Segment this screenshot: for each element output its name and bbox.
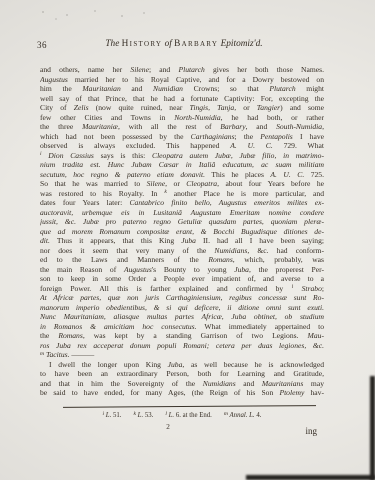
footnote-marker: k xyxy=(134,411,136,417)
text-line: Nunc Mauritaniam, aliasque multas partes… xyxy=(40,312,324,322)
scan-noise-specks xyxy=(42,11,44,13)
footnote-marker: i xyxy=(40,151,42,157)
text-segment: Numidians xyxy=(203,379,236,388)
text-segment: 4. xyxy=(255,412,262,419)
text-line: dates four Years later: Cantabrico finit… xyxy=(40,198,324,208)
text-segment: nor does it seem that very many of the xyxy=(40,246,214,255)
text-segment: 729. What xyxy=(273,141,324,150)
catchword: ing xyxy=(305,426,317,436)
footnote-marker: m xyxy=(224,411,228,417)
footnote-marker: i xyxy=(103,411,105,417)
text-segment: que ad morem Romanum compositæ erant, & … xyxy=(40,227,324,236)
text-line: nium tradita est. Hunc Jubam Cæsar in It… xyxy=(40,160,324,170)
text-segment: Thus it appears, that this King xyxy=(50,236,181,245)
footnote-marker: k xyxy=(164,189,166,195)
text-segment: auctoravit, urbemque eis in Lusitaniâ Au… xyxy=(40,208,324,217)
text-segment: Silene xyxy=(147,179,166,188)
text-segment: nium tradita est. Hunc Jubam Cæsar in It… xyxy=(40,160,324,169)
text-segment: , was kept by a standing Garrison of two… xyxy=(83,331,308,340)
text-segment: 6. at the End. xyxy=(174,412,212,419)
text-segment: , about four Years before he xyxy=(217,179,324,188)
text-line: Augustus married her to his Royal Captiv… xyxy=(40,75,324,85)
text-segment: Barbary xyxy=(220,122,245,131)
text-line: nor does it seem that very many of the N… xyxy=(40,246,324,256)
text-segment: The xyxy=(105,39,121,49)
text-segment: A. U. C. xyxy=(230,141,273,150)
text-segment: ) and some xyxy=(280,103,324,112)
text-segment: Mauritaniæ xyxy=(82,122,118,131)
text-segment: ros Juba rex acceperat donum populi Roma… xyxy=(40,341,324,350)
text-line: son to keep in some Order a People ever … xyxy=(40,274,324,284)
text-segment: North-Numidia xyxy=(174,113,220,122)
text-segment: Cleopatra xyxy=(186,179,217,188)
text-segment: 51. xyxy=(111,412,121,419)
footnote-entry: k L. 53. xyxy=(134,412,154,419)
text-segment: secutum, hoc regno & paterno etiam donav… xyxy=(40,170,205,179)
text-segment: , and xyxy=(246,122,276,131)
text-segment: Strabo xyxy=(302,284,322,293)
text-segment: Pentapolis xyxy=(260,132,292,141)
text-segment: to have been an extraordinary Person, bo… xyxy=(40,369,324,378)
text-segment: ——— xyxy=(70,350,95,359)
text-line: in Romanos & amicitiam hoc consecutus. W… xyxy=(40,322,324,332)
text-line: So that he was married to Silene, or Cle… xyxy=(40,179,324,189)
text-line: City of Zelis (now quite ruined, near Ti… xyxy=(40,103,324,113)
text-segment: , or xyxy=(165,179,186,188)
text-line: i Dion Cassius says is this: Cleopatra a… xyxy=(40,151,324,161)
text-line: ros Juba rex acceperat donum populi Roma… xyxy=(40,341,324,351)
text-line: secutum, hoc regno & paterno etiam donav… xyxy=(40,170,324,180)
text-segment: be said to have ended, for many Ages, (t… xyxy=(40,388,279,397)
text-segment: Juba xyxy=(181,236,196,245)
text-segment: may xyxy=(303,379,324,388)
text-segment: dit. xyxy=(40,236,50,245)
text-segment: South-Numidia xyxy=(276,122,322,131)
text-segment: , xyxy=(322,122,324,131)
text-segment: , with all the rest of xyxy=(118,122,220,131)
text-segment: was restored to his Royalty. In xyxy=(40,189,164,198)
text-segment: Plutarch xyxy=(269,84,295,93)
text-segment: At Africæ partes, quæ non juris Carthagi… xyxy=(40,293,324,302)
footnote-marker: l xyxy=(165,411,167,417)
text-segment: Mauritanians xyxy=(262,379,303,388)
text-line: and others, name her Silene; and Plutarc… xyxy=(40,65,324,75)
text-segment: says is this: xyxy=(94,151,152,160)
text-segment: , the properest Per- xyxy=(249,265,324,274)
text-segment: which had not been possessed by the xyxy=(40,132,191,141)
text-segment: dates four Years later: xyxy=(40,198,129,207)
text-segment: Tangier xyxy=(257,103,280,112)
text-segment: Numidian xyxy=(153,84,183,93)
text-line: dit. Thus it appears, that this King Jub… xyxy=(40,236,324,246)
text-segment: might xyxy=(296,84,324,93)
text-segment: 's Bounty to young xyxy=(152,265,234,274)
text-segment: married her to his Royal Captive, and fo… xyxy=(68,75,324,84)
scanned-book-page: 36 The History of Barbary Epitomiz'd. an… xyxy=(0,0,375,480)
text-segment: Cleopatra autem Jubæ, Jubæ filio, in mat… xyxy=(152,151,324,160)
text-segment: 725. xyxy=(304,170,324,179)
text-line: I dwell the longer upon King Juba, as we… xyxy=(40,360,324,370)
running-title: The History of Barbary Epitomiz'd. xyxy=(40,39,328,49)
text-segment: Numidians xyxy=(214,246,247,255)
text-line: que ad morem Romanum compositæ erant, & … xyxy=(40,227,324,237)
text-segment: Annal. L. xyxy=(228,412,255,419)
text-segment: Romans xyxy=(208,255,232,264)
text-segment: ed to the Laws and Manners of the xyxy=(40,255,208,264)
scan-edge-right xyxy=(370,376,375,480)
text-segment: gives her both those Names. xyxy=(205,65,324,74)
text-segment: observed is always excluded. This happen… xyxy=(40,141,230,150)
text-line: At Africæ partes, quæ non juris Carthagi… xyxy=(40,293,324,303)
text-segment: Cantabrico finito bello, Augustus emerit… xyxy=(129,198,324,207)
text-segment: Nunc Mauritaniam, aliasque multas partes… xyxy=(40,312,324,321)
text-segment: I dwell the longer upon King xyxy=(49,360,168,369)
text-segment: Zelis xyxy=(74,103,89,112)
text-segment: History xyxy=(122,39,163,49)
text-line: and that in him the Sovereignty of the N… xyxy=(40,379,324,389)
text-segment: This he places xyxy=(205,170,270,179)
text-line: few other Cities and Towns in North-Numi… xyxy=(40,113,324,123)
text-line: manorum imperio obedientibus, & si qui d… xyxy=(40,303,324,313)
text-segment: I have xyxy=(293,132,324,141)
text-segment: What immediately appertained to xyxy=(197,322,324,331)
text-line: well say of that Prince, that he had a f… xyxy=(40,94,324,104)
footnote-rule xyxy=(63,405,316,408)
text-segment: ; xyxy=(322,284,324,293)
footnote-line: i L. 51.k L. 53.l L. 6. at the End.m Ann… xyxy=(40,412,324,419)
text-segment: ; the xyxy=(235,132,261,141)
text-segment: the three xyxy=(40,122,82,131)
text-segment: So that he was married to xyxy=(40,179,147,188)
text-segment: Dion Cassius xyxy=(48,151,94,160)
text-segment: Plutarch xyxy=(178,65,204,74)
text-line: which had not been possessed by the Cart… xyxy=(40,132,324,142)
text-segment: A. U. C. xyxy=(270,170,304,179)
text-segment: , &c. had conform- xyxy=(247,246,324,255)
text-segment: and xyxy=(236,379,262,388)
text-segment: , he had both, or rather xyxy=(221,113,324,122)
text-line: jussit, &c. Jubæ pro paterno regno Getul… xyxy=(40,217,324,227)
text-segment: (now quite ruined, near xyxy=(89,103,190,112)
text-line: be said to have ended, for many Ages, (t… xyxy=(40,388,324,398)
text-segment: few other Cities and Towns in xyxy=(40,113,174,122)
text-segment xyxy=(293,284,301,293)
text-segment: and that in him the Sovereignty of the xyxy=(40,379,203,388)
text-segment: the xyxy=(40,331,58,340)
text-segment: Epitomiz'd. xyxy=(218,39,262,49)
text-segment: the main Reason of xyxy=(40,265,124,274)
text-segment: foreign Power. All this is farther expla… xyxy=(40,284,292,293)
text-segment: ; and xyxy=(149,65,179,74)
text-line: the main Reason of Augustus's Bounty to … xyxy=(40,265,324,275)
text-segment: Silene xyxy=(130,65,149,74)
footnote-entry: i L. 51. xyxy=(103,412,122,419)
text-segment: , which, probably, was xyxy=(233,255,324,264)
text-segment: Augustus xyxy=(40,75,68,84)
text-segment: Crowns; so that xyxy=(183,84,269,93)
text-segment: Mauritanian xyxy=(82,84,120,93)
text-segment: Carthaginians xyxy=(191,132,235,141)
text-segment: Juba xyxy=(168,360,183,369)
text-segment: well say of that Prince, that he had a f… xyxy=(40,94,324,103)
text-segment: , as well because he is acknowledged xyxy=(182,360,324,369)
signature-mark: 2 xyxy=(26,423,310,431)
text-segment: 53. xyxy=(143,412,153,419)
text-segment: Juba xyxy=(234,265,249,274)
text-segment: hav- xyxy=(304,388,324,397)
text-segment: son to keep in some Order a People ever … xyxy=(40,274,324,283)
text-segment: Barbary xyxy=(174,39,218,49)
text-segment: Ptolemy xyxy=(279,388,304,397)
footnote-entry: l L. 6. at the End. xyxy=(165,412,212,419)
text-segment: or xyxy=(236,103,257,112)
text-line: foreign Power. All this is farther expla… xyxy=(40,284,324,294)
text-segment: him the xyxy=(40,84,82,93)
body-text-block: and others, name her Silene; and Plutarc… xyxy=(40,65,324,398)
text-segment: and others, name her xyxy=(40,65,130,74)
text-line: m Tacitus. ——— xyxy=(40,350,324,360)
text-line: him the Mauritanian and Numidian Crowns;… xyxy=(40,84,324,94)
text-segment: Mau- xyxy=(308,331,324,340)
text-segment: in Romanos & amicitiam hoc consecutus. xyxy=(40,322,197,331)
footnote-marker: l xyxy=(292,284,294,290)
text-segment: II. had all I have been saying; xyxy=(196,236,324,245)
text-segment: of xyxy=(162,39,174,49)
text-line: ed to the Laws and Manners of the Romans… xyxy=(40,255,324,265)
text-line: the three Mauritaniæ, with all the rest … xyxy=(40,122,324,132)
text-segment: Tacitus. xyxy=(46,350,70,359)
text-line: was restored to his Royalty. In k anothe… xyxy=(40,189,324,199)
text-line: observed is always excluded. This happen… xyxy=(40,141,324,151)
text-segment: Augustus xyxy=(124,265,152,274)
scan-edge-bottom xyxy=(246,475,375,480)
text-line: the Romans, was kept by a standing Garri… xyxy=(40,331,324,341)
text-segment: jussit, &c. Jubæ pro paterno regno Getul… xyxy=(40,217,324,226)
text-segment: City of xyxy=(40,103,74,112)
text-segment: another Place he is more particular, and xyxy=(167,189,324,198)
text-segment: Tingis, Tanja, xyxy=(190,103,237,112)
footnote-marker: m xyxy=(40,351,44,357)
text-segment: and xyxy=(121,84,153,93)
text-line: auctoravit, urbemque eis in Lusitaniâ Au… xyxy=(40,208,324,218)
text-line: to have been an extraordinary Person, bo… xyxy=(40,369,324,379)
text-segment: manorum imperio obedientibus, & si qui d… xyxy=(40,303,324,312)
footnote-entry: m Annal. L. 4. xyxy=(224,412,262,419)
text-segment: Romans xyxy=(58,331,82,340)
